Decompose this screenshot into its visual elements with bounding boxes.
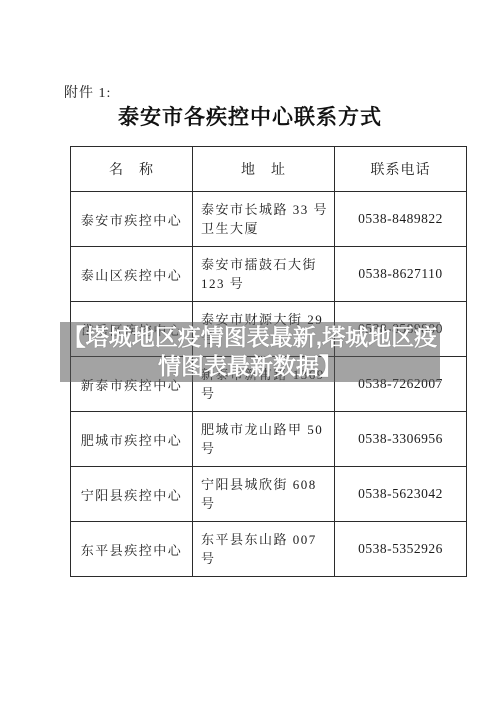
name-cell: 宁阳县疾控中心 (71, 467, 193, 522)
phone-cell: 0538-8627110 (335, 247, 467, 302)
phone-cell: 0538-5623042 (335, 467, 467, 522)
phone-cell: 0538-8489822 (335, 192, 467, 247)
name-cell: 泰山区疾控中心 (71, 247, 193, 302)
table-row: 泰安市疾控中心 泰安市长城路 33 号卫生大厦 0538-8489822 (71, 192, 467, 247)
address-cell: 泰安市擂鼓石大街 123 号 (193, 247, 335, 302)
page-title: 泰安市各疾控中心联系方式 (0, 101, 500, 131)
table-row: 东平县疾控中心 东平县东山路 007 号 0538-5352926 (71, 522, 467, 577)
table-header-row: 名 称 地 址 联系电话 (71, 147, 467, 192)
name-cell: 泰安市疾控中心 (71, 192, 193, 247)
name-cell: 东平县疾控中心 (71, 522, 193, 577)
address-cell: 东平县东山路 007 号 (193, 522, 335, 577)
watermark-overlay: 【塔城地区疫情图表最新,塔城地区疫情图表最新数据】 (60, 322, 440, 382)
table-row: 宁阳县疾控中心 宁阳县城欣街 608 号 0538-5623042 (71, 467, 467, 522)
phone-cell: 0538-5352926 (335, 522, 467, 577)
address-cell: 泰安市长城路 33 号卫生大厦 (193, 192, 335, 247)
name-cell: 肥城市疾控中心 (71, 412, 193, 467)
address-cell: 宁阳县城欣街 608 号 (193, 467, 335, 522)
document-page: 附件 1: 泰安市各疾控中心联系方式 名 称 地 址 联系电话 泰安市疾控中心 … (0, 0, 500, 707)
table-row: 肥城市疾控中心 肥城市龙山路甲 50 号 0538-3306956 (71, 412, 467, 467)
watermark-text: 【塔城地区疫情图表最新,塔城地区疫情图表最新数据】 (60, 323, 440, 381)
phone-cell: 0538-3306956 (335, 412, 467, 467)
attachment-label: 附件 1: (64, 82, 111, 102)
column-header-address: 地 址 (193, 147, 335, 192)
column-header-phone: 联系电话 (335, 147, 467, 192)
table-row: 泰山区疾控中心 泰安市擂鼓石大街 123 号 0538-8627110 (71, 247, 467, 302)
column-header-name: 名 称 (71, 147, 193, 192)
address-cell: 肥城市龙山路甲 50 号 (193, 412, 335, 467)
